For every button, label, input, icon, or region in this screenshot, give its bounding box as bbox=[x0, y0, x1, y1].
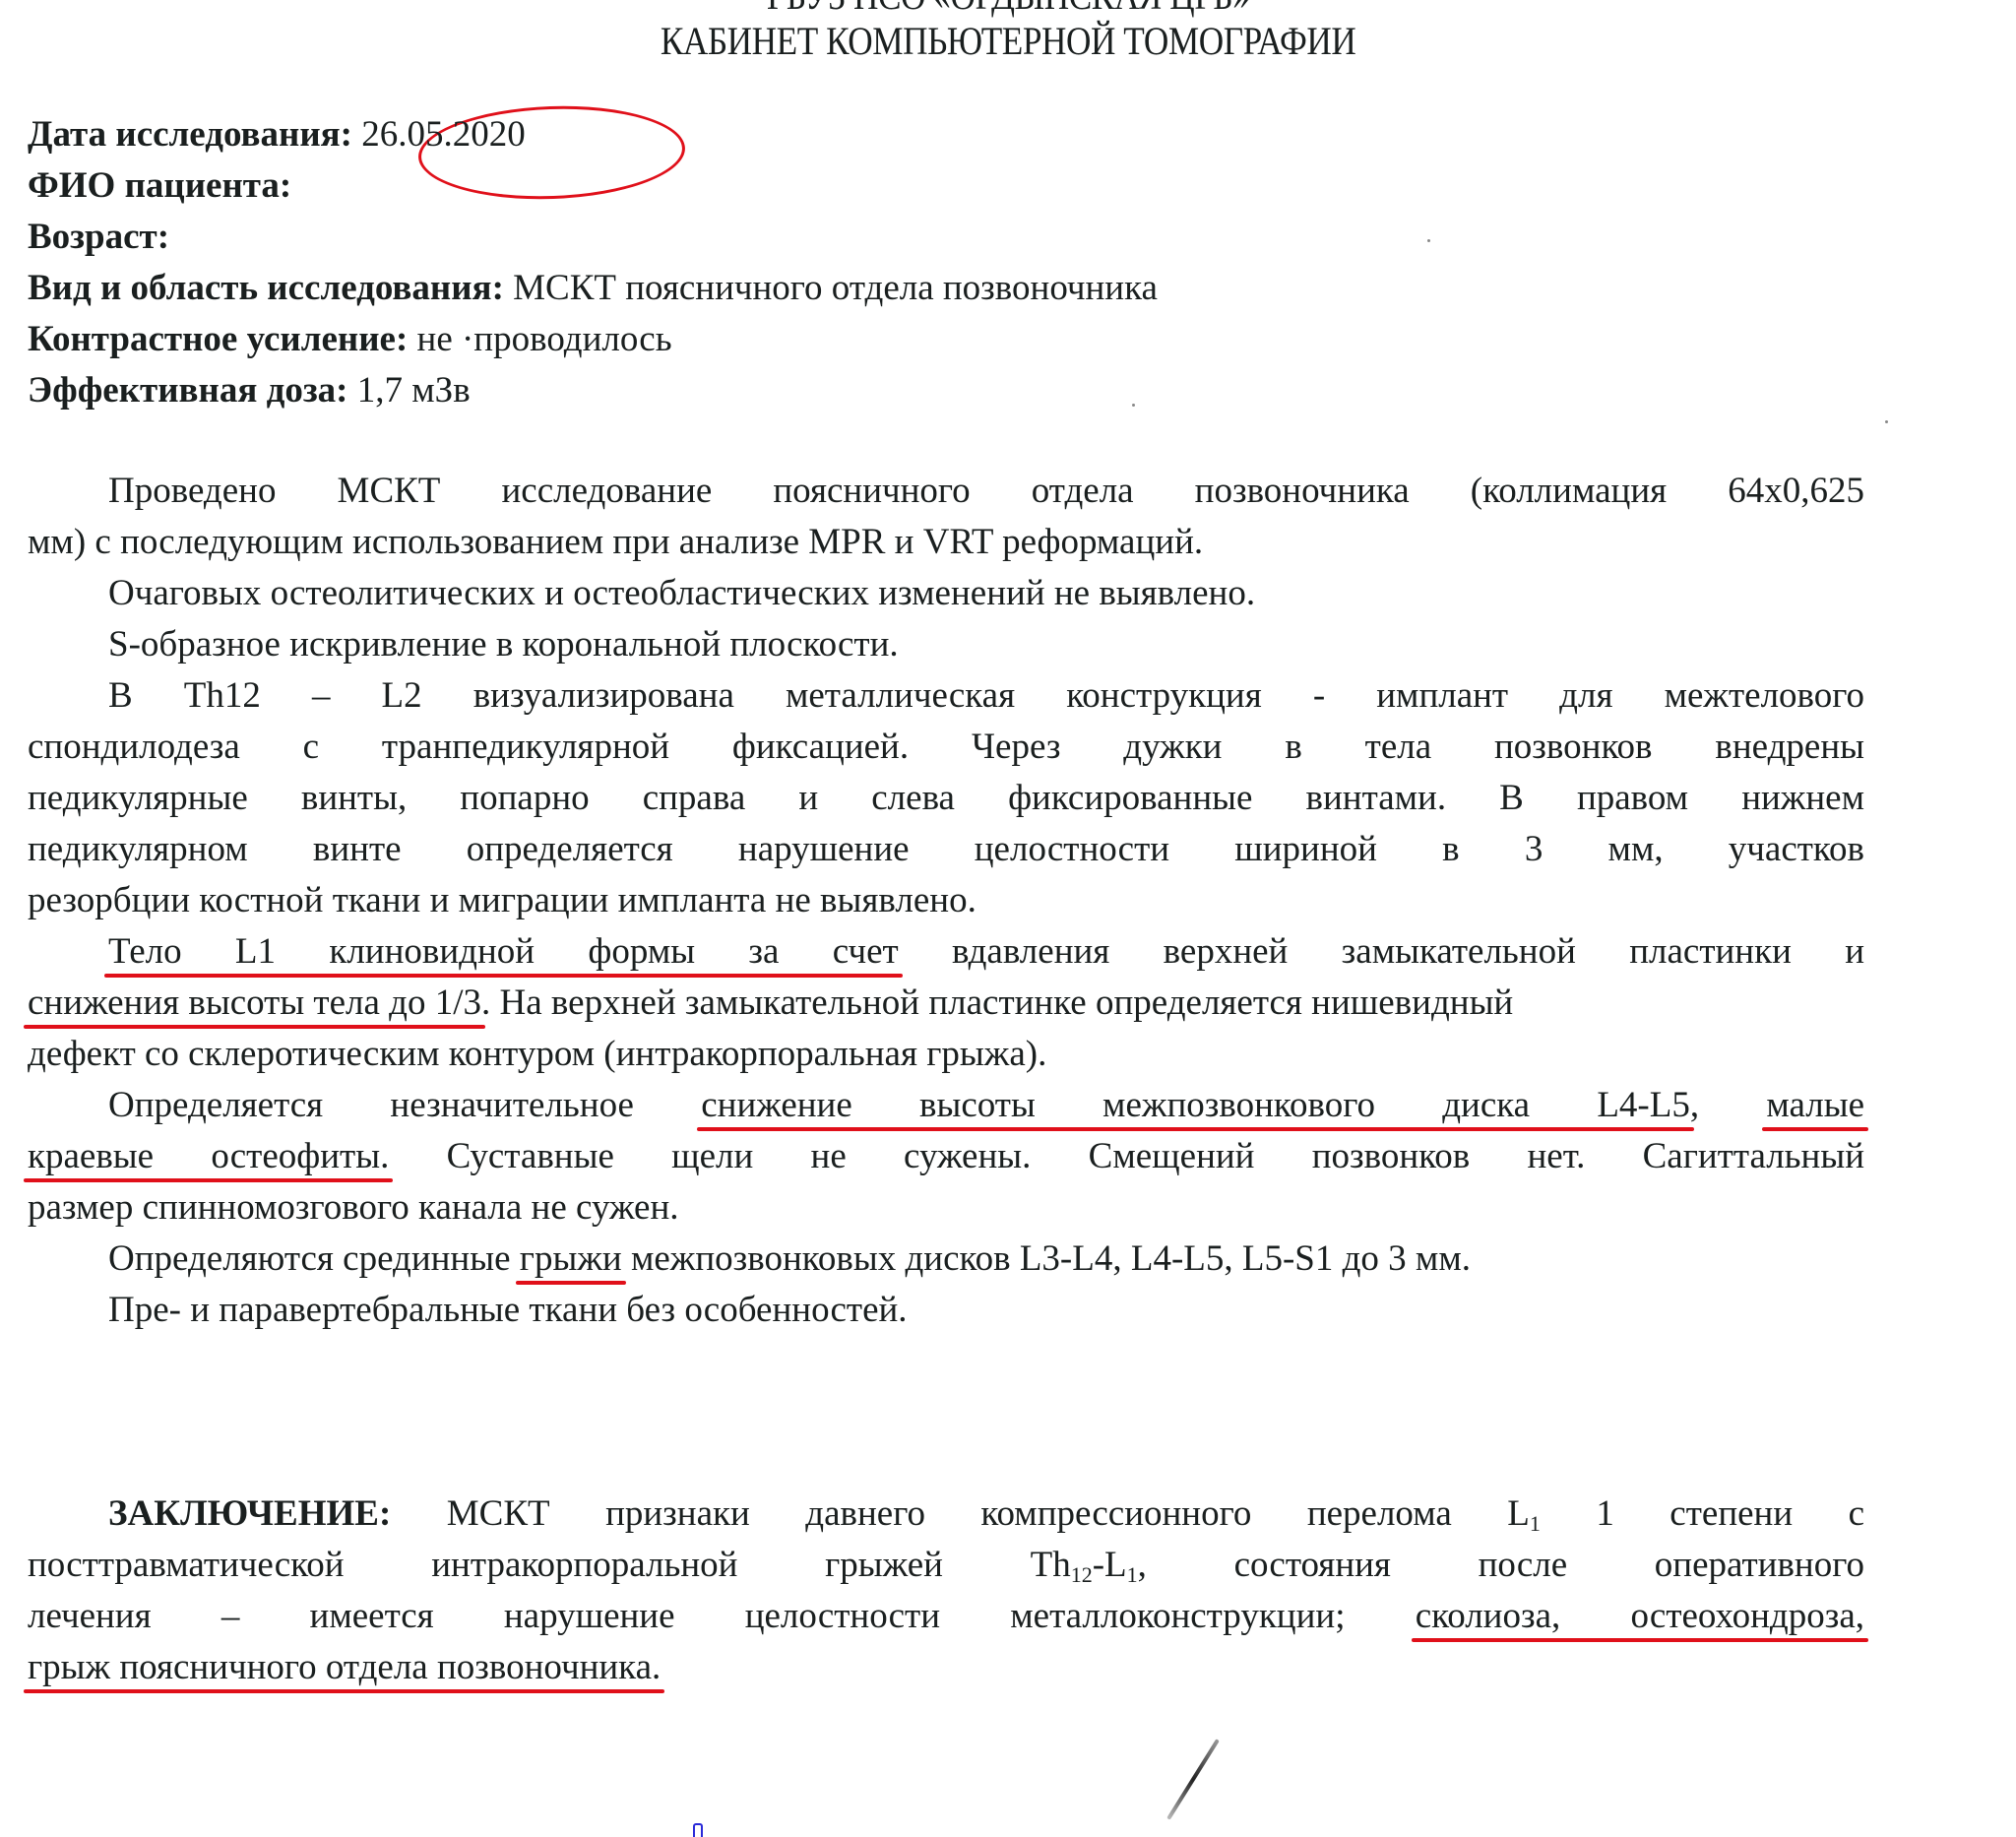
paragraph-4-line-2: спондилодеза с транпедикулярной фиксацие… bbox=[28, 722, 1864, 773]
text-fragment: , bbox=[1690, 1085, 1699, 1125]
pen-stroke-mark bbox=[1166, 1739, 1220, 1820]
field-age: Возраст: bbox=[28, 212, 169, 263]
conclusion-label: ЗАКЛЮЧЕНИЕ: bbox=[108, 1493, 391, 1534]
scanned-document-page: ГБУЗ НСО «ОРДЫНСКАЯ ЦРБ» КАБИНЕТ КОМПЬЮТ… bbox=[0, 0, 2016, 1837]
conclusion-line-3: лечения – имеется нарушение целостности … bbox=[28, 1591, 1864, 1642]
underlined-finding: малые bbox=[1766, 1085, 1864, 1125]
text-group: снижения высоты тела до 1/3. На верхней … bbox=[28, 978, 1513, 1029]
field-dose: Эффективная доза: 1,7 мЗв bbox=[28, 365, 471, 416]
paragraph-5-line-1: Тело L1 клиновидной формы за счет вдавле… bbox=[108, 926, 1864, 978]
date-label: Дата исследования: bbox=[28, 114, 352, 155]
paragraph-6-line-2: краевые остеофиты. Суставные щели не суж… bbox=[28, 1131, 1864, 1182]
text-fragment: Определяется незначительное bbox=[108, 1085, 634, 1125]
field-contrast: Контрастное усиление: не ·проводилось bbox=[28, 314, 672, 365]
text-fragment: Суставные щели не сужены. Смещений позво… bbox=[447, 1136, 1864, 1176]
contrast-label: Контрастное усиление: bbox=[28, 319, 408, 359]
paragraph-2: Очаговых остеолитических и остеобластиче… bbox=[108, 568, 1864, 619]
subscript: 1 bbox=[1127, 1562, 1138, 1587]
dose-label: Эффективная доза: bbox=[28, 370, 348, 411]
scan-speck bbox=[1885, 420, 1888, 423]
conclusion-line-1: ЗАКЛЮЧЕНИЕ: МСКТ признаки давнего компре… bbox=[108, 1489, 1864, 1540]
text-fragment: вдавления верхней замыкательной пластинк… bbox=[952, 931, 1864, 972]
paragraph-5-line-3: дефект со склеротическим контуром (интра… bbox=[28, 1029, 1864, 1080]
paragraph-3: S-образное искривление в корональной пло… bbox=[108, 619, 1864, 670]
paragraph-4-line-5: резорбции костной ткани и миграции импла… bbox=[28, 875, 1864, 926]
scan-speck bbox=[1427, 239, 1430, 242]
underlined-finding: грыжи bbox=[520, 1238, 622, 1279]
paragraph-5-line-2: снижения высоты тела до 1/3. На верхней … bbox=[28, 978, 1864, 1029]
text-fragment: , состояния после оперативного bbox=[1138, 1545, 1864, 1585]
paragraph-1-line-1: Проведено МСКТ исследование поясничного … bbox=[108, 466, 1864, 517]
text-fragment: -L bbox=[1093, 1545, 1127, 1585]
scan-speck bbox=[1132, 404, 1135, 407]
paragraph-4-line-3: педикулярные винты, попарно справа и сле… bbox=[28, 773, 1864, 824]
paragraph-8: Пре- и паравертебральные ткани без особе… bbox=[108, 1285, 1864, 1336]
text-fragment: 1 степени с bbox=[1596, 1493, 1864, 1534]
paragraph-1-line-2: мм) с последующим использованием при ана… bbox=[28, 517, 1864, 568]
paragraph-4-line-4: педикулярном винте определяется нарушени… bbox=[28, 824, 1864, 875]
subscript: 12 bbox=[1071, 1562, 1093, 1587]
text-fragment: . На верхней замыкательной пластинке опр… bbox=[481, 982, 1513, 1023]
underlined-finding: Тело L1 клиновидной формы за счет bbox=[108, 931, 899, 972]
underlined-finding: краевые остеофиты. bbox=[28, 1136, 389, 1176]
dose-value: 1,7 мЗв bbox=[357, 370, 471, 411]
underlined-finding: снижения высоты тела до 1/3 bbox=[28, 982, 481, 1023]
patient-label: ФИО пациента: bbox=[28, 165, 291, 206]
field-study: Вид и область исследования: МСКТ пояснич… bbox=[28, 263, 1158, 314]
conclusion-line-4: грыж поясничного отдела позвоночника. bbox=[28, 1642, 1864, 1693]
text-fragment: МСКТ признаки давнего компрессионного пе… bbox=[447, 1493, 1530, 1534]
text-fragment: межпозвонковых дисков L3-L4, L4-L5, L5-S… bbox=[631, 1238, 1471, 1279]
text-fragment: лечения – имеется нарушение целостности … bbox=[28, 1596, 1345, 1636]
field-date: Дата исследования: 26.05.2020 bbox=[28, 109, 526, 160]
text-fragment: Определяются срединные bbox=[108, 1238, 511, 1279]
field-patient: ФИО пациента: bbox=[28, 160, 291, 212]
blue-ink-mark bbox=[693, 1823, 703, 1837]
text-fragment: посттравматической интракорпоральной гры… bbox=[28, 1545, 1071, 1585]
underlined-finding: грыж поясничного отдела позвоночника. bbox=[28, 1647, 661, 1687]
contrast-value: не ·проводилось bbox=[417, 319, 672, 359]
date-value: 26.05.2020 bbox=[361, 114, 526, 155]
paragraph-4-line-1: В Th12 – L2 визуализирована металлическа… bbox=[108, 670, 1864, 722]
paragraph-6-line-1: Определяется незначительное снижение выс… bbox=[108, 1080, 1864, 1131]
paragraph-7: Определяются срединные грыжи межпозвонко… bbox=[108, 1234, 1864, 1285]
department-header: КАБИНЕТ КОМПЬЮТЕРНОЙ ТОМОГРАФИИ bbox=[121, 16, 1895, 67]
subscript: 1 bbox=[1530, 1511, 1541, 1536]
study-label: Вид и область исследования: bbox=[28, 268, 504, 308]
age-label: Возраст: bbox=[28, 217, 169, 257]
paragraph-6-line-3: размер спинномозгового канала не сужен. bbox=[28, 1182, 1864, 1234]
text-fragment: МСКТ признаки давнего компрессионного пе… bbox=[447, 1493, 1541, 1534]
underlined-finding: сколиоза, остеохондроза, bbox=[1416, 1596, 1864, 1636]
conclusion-line-2: посттравматической интракорпоральной гры… bbox=[28, 1540, 1864, 1591]
underlined-finding: снижение высоты межпозвонкового диска L4… bbox=[701, 1085, 1690, 1125]
study-value: МСКТ поясничного отдела позвоночника bbox=[513, 268, 1158, 308]
